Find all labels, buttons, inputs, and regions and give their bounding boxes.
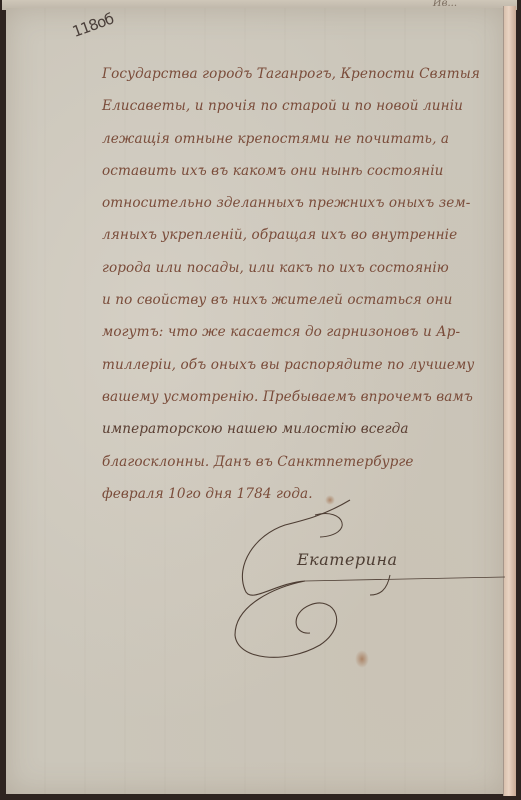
text-line: лежащія отныне крепостями не почитать, а bbox=[102, 123, 497, 155]
signature-flourish-icon bbox=[215, 495, 515, 665]
text-line: Государства городъ Таганрогъ, Крепости С… bbox=[102, 58, 497, 90]
text-line: и по свойству въ нихъ жителей остаться о… bbox=[102, 284, 497, 316]
text-line: благосклонны. Данъ въ Санктпетербурге bbox=[102, 446, 497, 478]
manuscript-body: Государства городъ Таганрогъ, Крепости С… bbox=[102, 58, 497, 510]
signature-name: Екатерина bbox=[297, 550, 398, 569]
text-line: Елисаветы, и прочія по старой и по новой… bbox=[102, 90, 497, 122]
text-line: оставить ихъ въ какомъ они нынѣ состояні… bbox=[102, 155, 497, 187]
text-line: вашему усмотренію. Пребываемъ впрочемъ в… bbox=[102, 381, 497, 413]
paper-stain bbox=[325, 495, 335, 505]
text-line: города или посады, или какъ по ихъ состо… bbox=[102, 252, 497, 284]
text-line: тиллеріи, объ оныхъ вы распорядите по лу… bbox=[102, 349, 497, 381]
paper-stain bbox=[355, 650, 369, 668]
text-line: могутъ: что же касается до гарнизоновъ и… bbox=[102, 316, 497, 348]
signature: Екатерина bbox=[215, 495, 515, 665]
binding-edge bbox=[503, 6, 516, 796]
text-line: относительно зделанныхъ прежнихъ оныхъ з… bbox=[102, 187, 497, 219]
text-line: ляныхъ укрепленій, обращая ихъ во внутре… bbox=[102, 219, 497, 251]
text-line: императорскою нашею милостію всегда bbox=[102, 413, 497, 445]
